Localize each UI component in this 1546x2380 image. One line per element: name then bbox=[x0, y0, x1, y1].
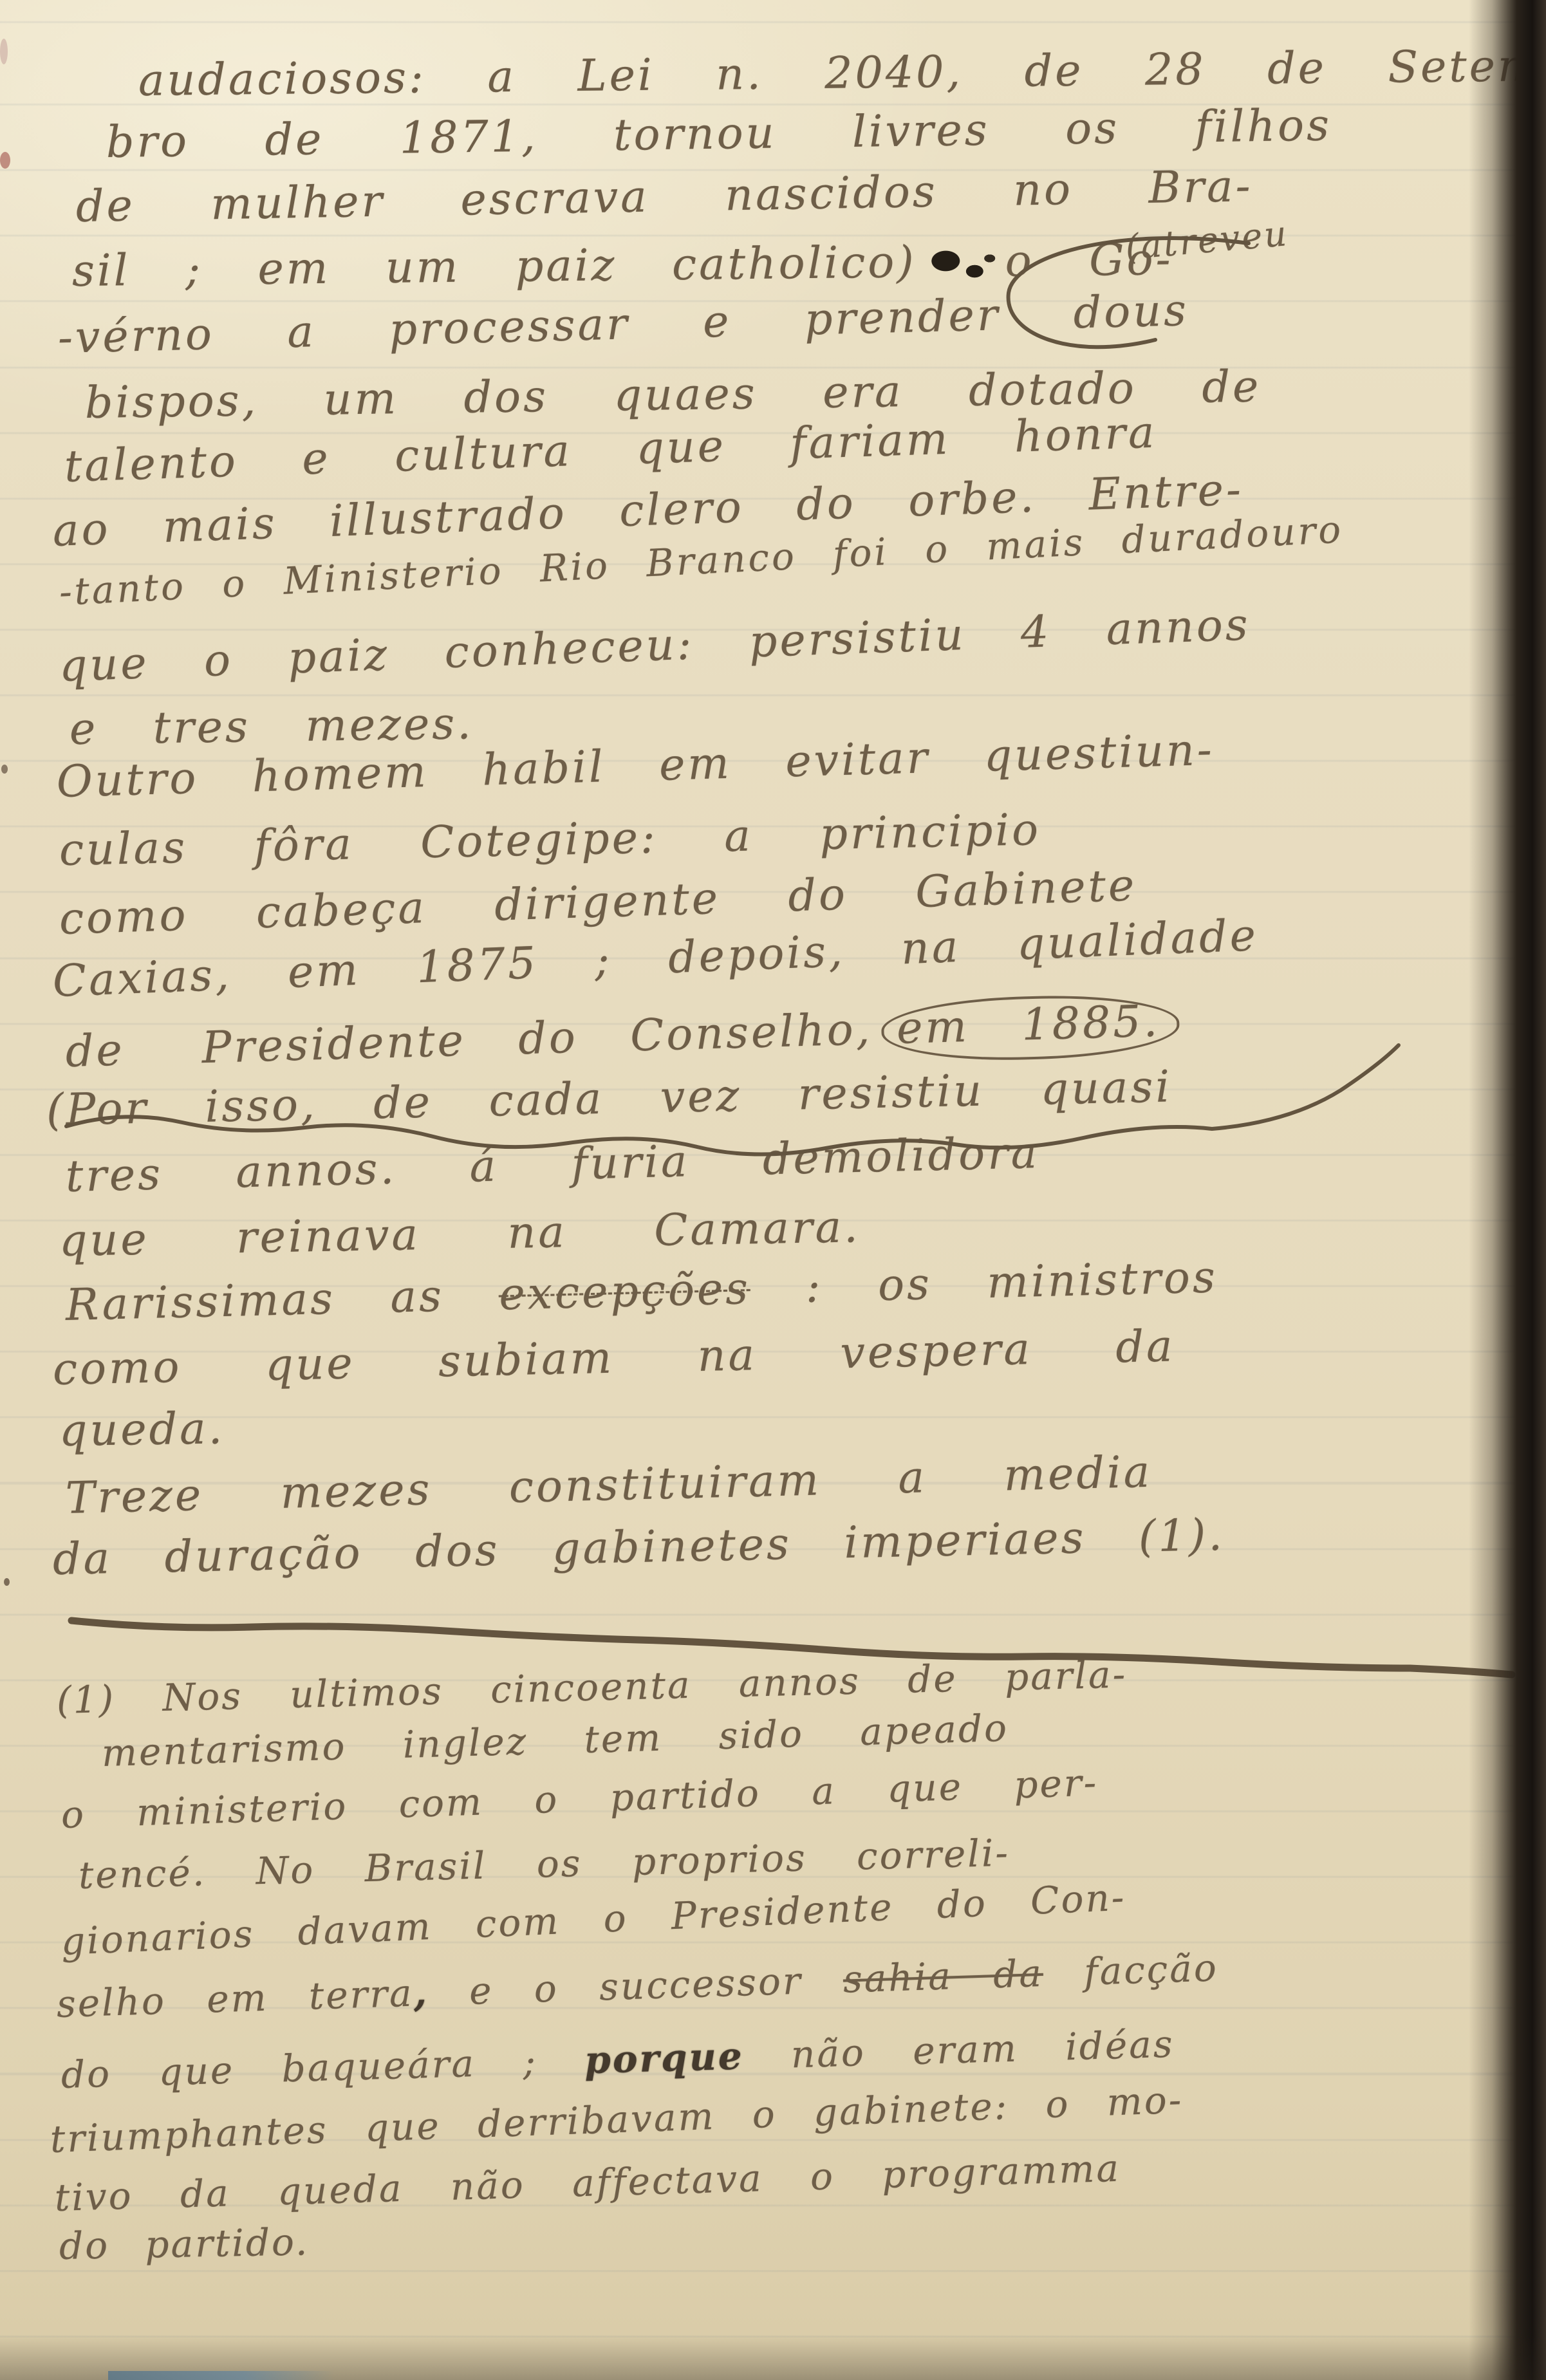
ink-blot bbox=[922, 241, 999, 284]
footnote-separator bbox=[68, 1609, 1516, 1660]
text-segment: , bbox=[413, 1971, 429, 2015]
edge-speck bbox=[0, 152, 10, 169]
text-segment: em 1885. bbox=[880, 992, 1180, 1064]
insertion-curve-stroke bbox=[994, 232, 1265, 380]
text-segment: facção bbox=[1043, 1946, 1219, 1995]
text-segment: sahia da bbox=[843, 1951, 1044, 2002]
text-segment: porque bbox=[584, 2034, 744, 2082]
text-segment: excepções bbox=[499, 1263, 751, 1321]
text-segment: do partido. bbox=[59, 2220, 309, 2268]
manuscript-line-22: queda. bbox=[59, 1404, 225, 1456]
manuscript-page: audaciosos: a Lei n. 2040, de 28 de Sete… bbox=[0, 0, 1546, 2380]
edge-speck bbox=[0, 39, 8, 64]
wavy-underline bbox=[61, 1091, 1535, 1168]
edge-speck bbox=[1, 765, 8, 774]
text-segment: de bbox=[65, 1025, 126, 1077]
text-segment: Rarissimas as bbox=[65, 1270, 499, 1331]
text-segment: sil ; em um paiz catholico) bbox=[72, 237, 917, 297]
bottom-blue-strip bbox=[108, 2371, 335, 2380]
edge-speck bbox=[4, 1578, 10, 1586]
page-right-edge-shadow bbox=[1469, 0, 1546, 2380]
text-segment: queda. bbox=[59, 1403, 225, 1456]
footnote-line-10: do partido. bbox=[59, 2220, 309, 2267]
